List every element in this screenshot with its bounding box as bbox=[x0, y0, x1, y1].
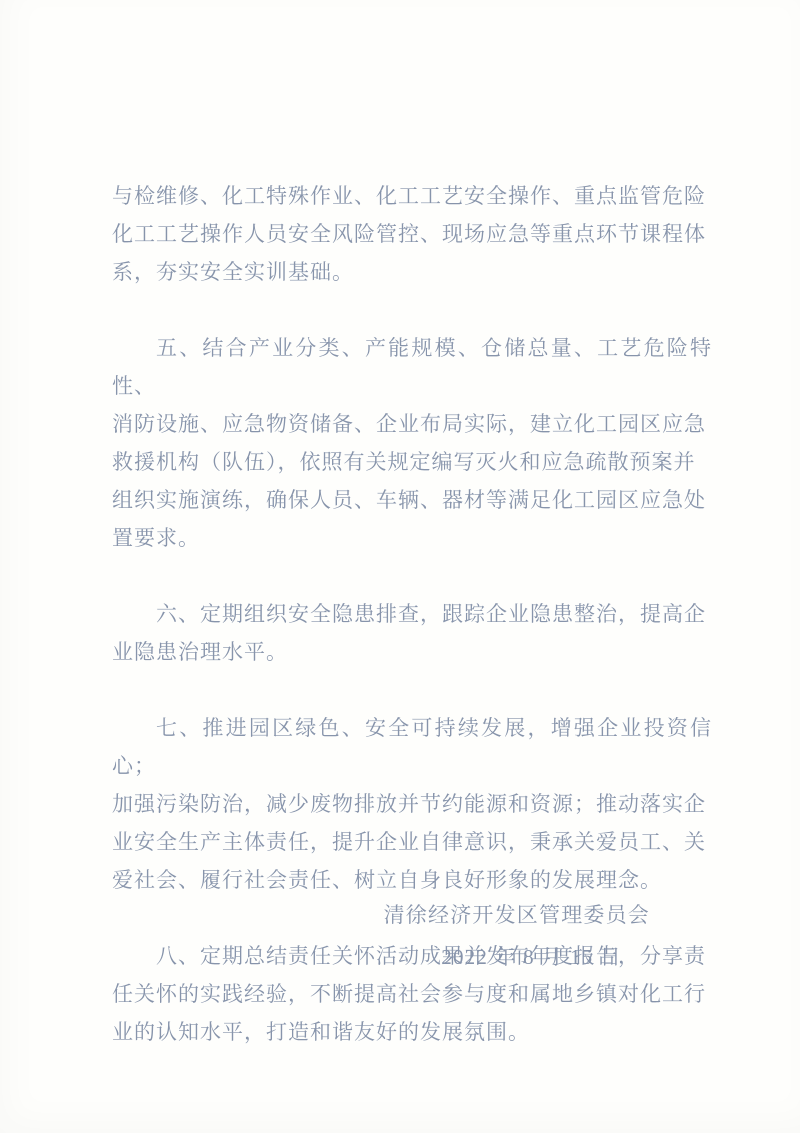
signature-date: 2022 年 8 月 15 日 bbox=[0, 938, 800, 976]
paragraph-item-5: 五、结合产业分类、产能规模、仓储总量、工艺危险特性、 消防设施、应急物资储备、企… bbox=[112, 329, 712, 557]
signature-block: 清徐经济开发区管理委员会 2022 年 8 月 15 日 bbox=[0, 896, 800, 976]
scanned-document-page: 与检维修、化工特殊作业、化工工艺安全操作、重点监管危险 化工工艺操作人员安全风险… bbox=[0, 0, 800, 1133]
paragraph-item-6: 六、定期组织安全隐患排查，跟踪企业隐患整治，提高企 业隐患治理水平。 bbox=[112, 595, 712, 671]
paragraph-continuation: 与检维修、化工特殊作业、化工工艺安全操作、重点监管危险 化工工艺操作人员安全风险… bbox=[112, 177, 712, 291]
signature-organization: 清徐经济开发区管理委员会 bbox=[0, 896, 800, 934]
paragraph-item-7: 七、推进园区绿色、安全可持续发展，增强企业投资信心； 加强污染防治，减少废物排放… bbox=[112, 709, 712, 899]
